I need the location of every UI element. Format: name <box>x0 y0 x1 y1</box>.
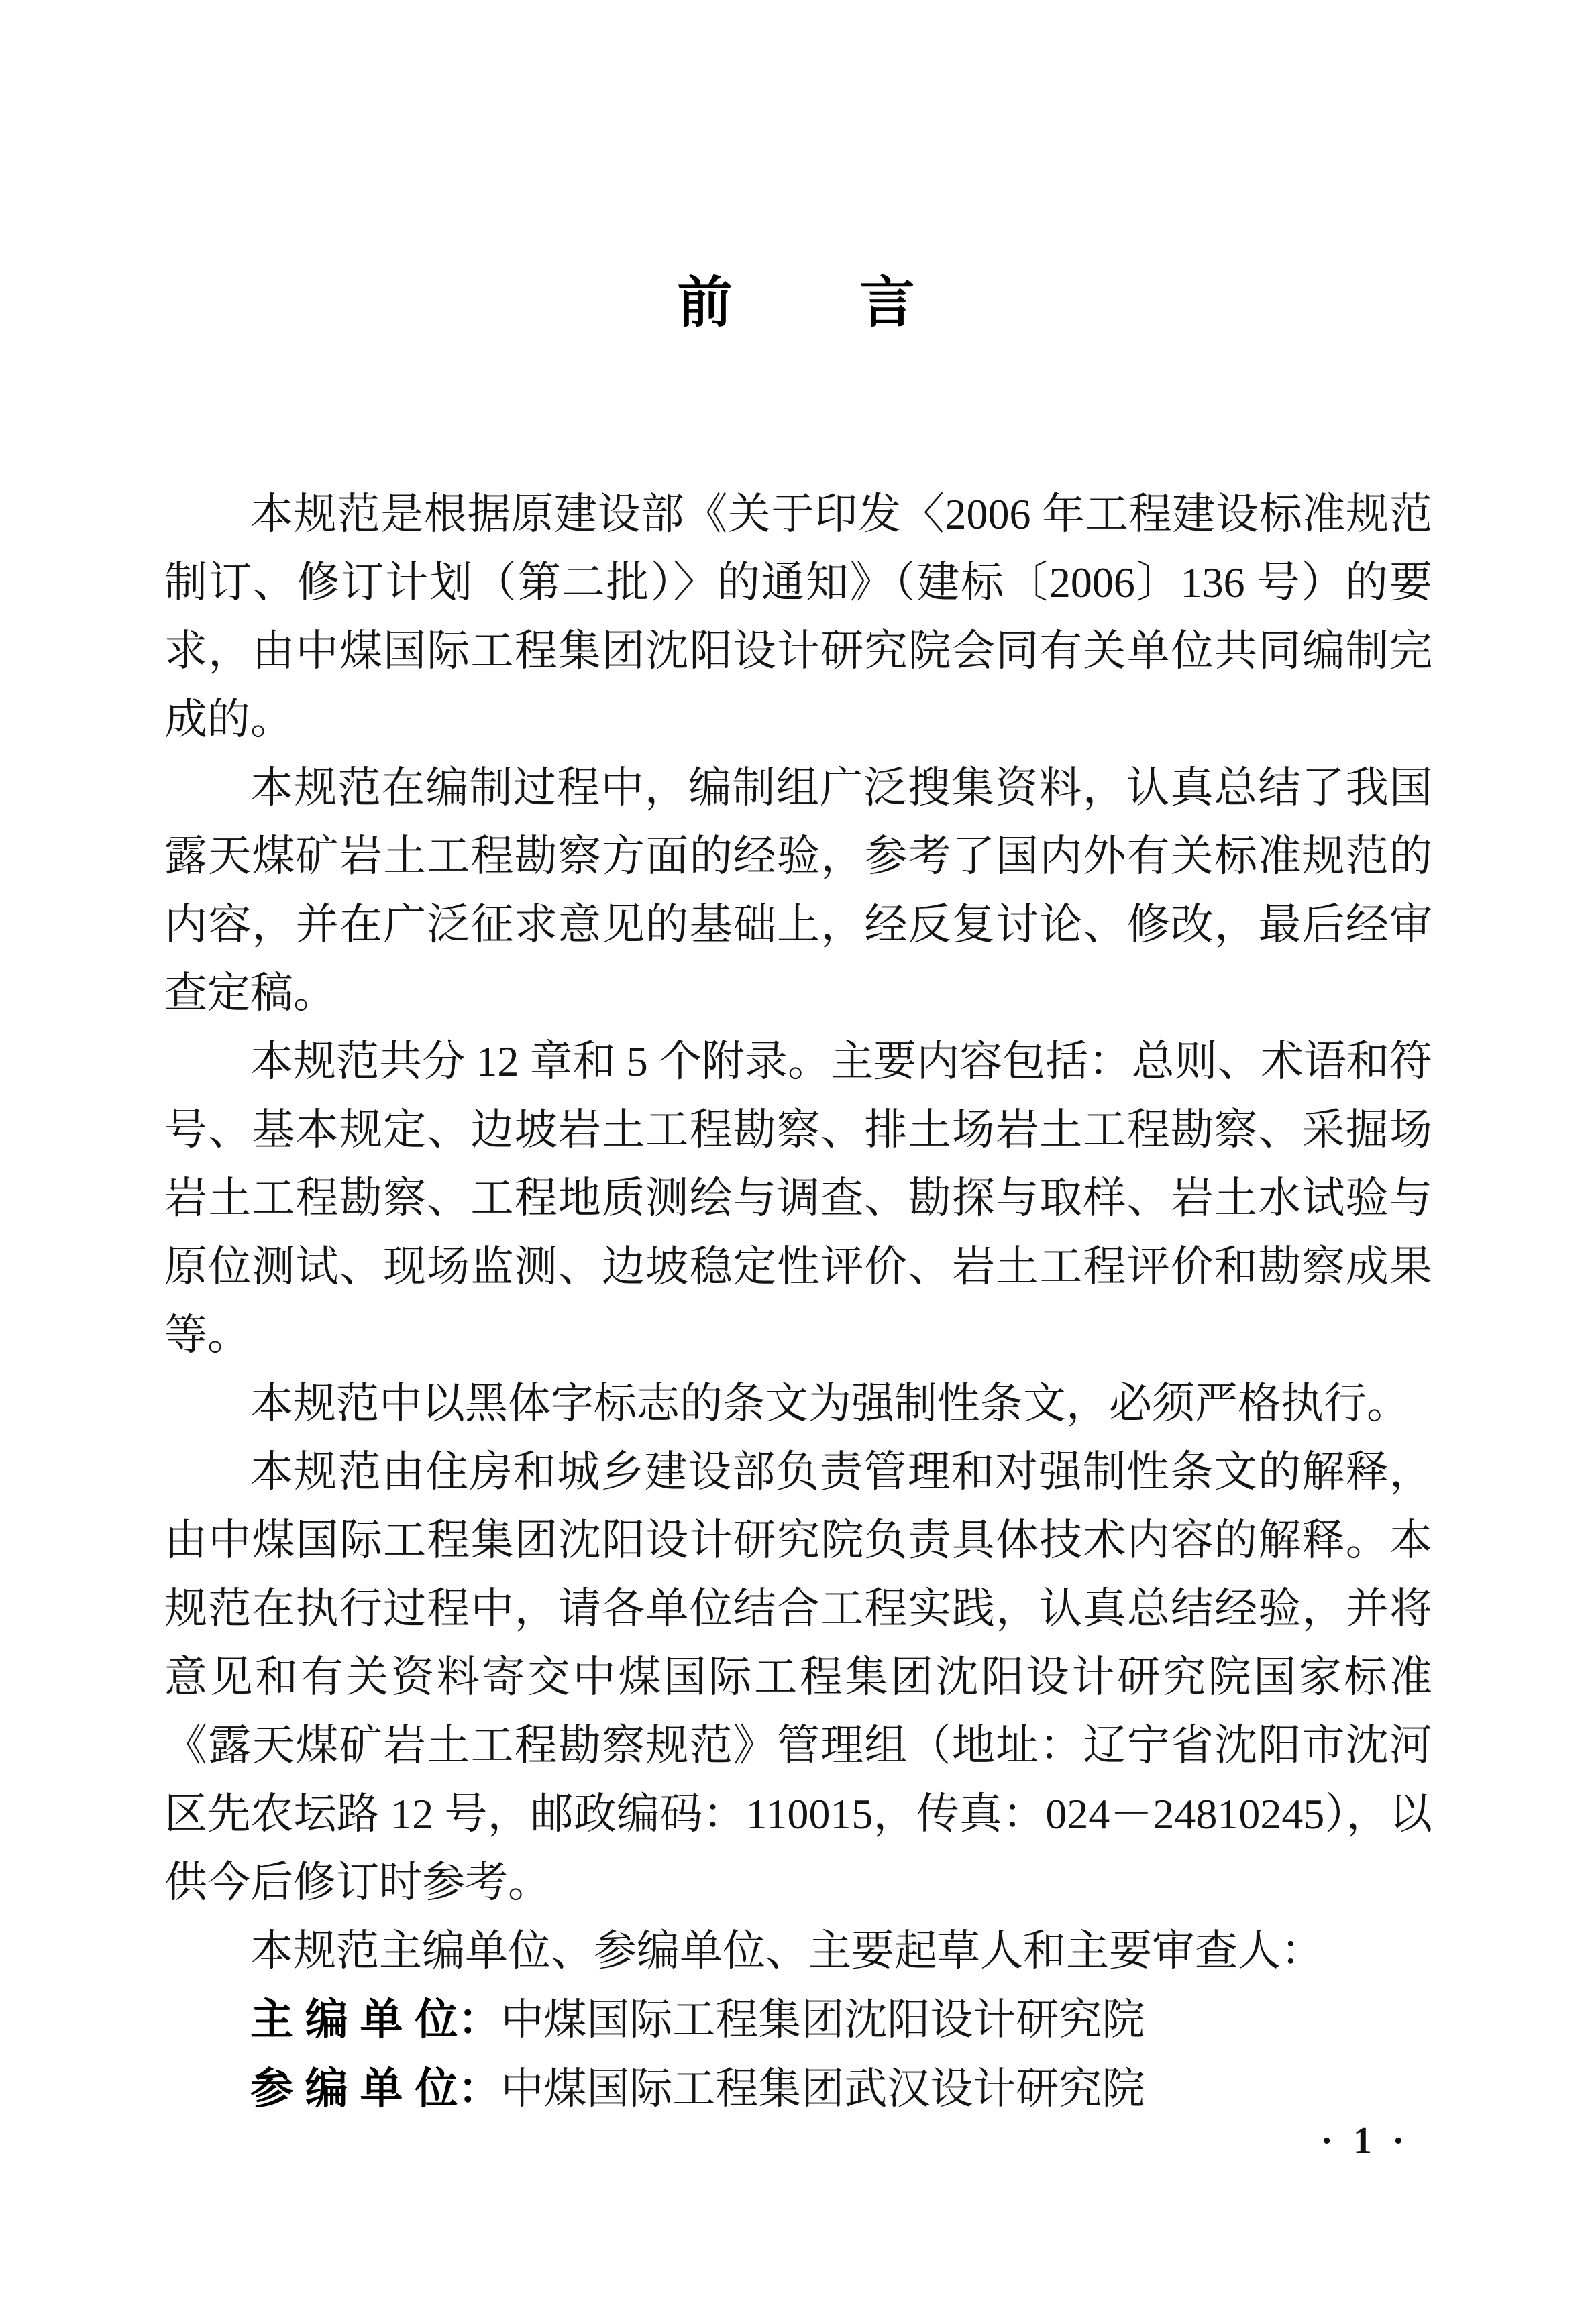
foreword-paragraph-1: 本规范是根据原建设部《关于印发〈2006 年工程建设标准规范制订、修订计划（第二… <box>164 480 1432 754</box>
foreword-paragraph-6: 本规范主编单位、参编单位、主要起草人和主要审查人： <box>164 1917 1432 1985</box>
chief-editor-unit-line: 主 编 单 位：中煤国际工程集团沈阳设计研究院 <box>164 1985 1432 2054</box>
title-char-yan: 言 <box>860 275 915 331</box>
foreword-paragraph-3: 本规范共分 12 章和 5 个附录。主要内容包括：总则、术语和符号、基本规定、边… <box>164 1028 1432 1370</box>
foreword-paragraph-2: 本规范在编制过程中，编制组广泛搜集资料，认真总结了我国露天煤矿岩土工程勘察方面的… <box>164 754 1432 1028</box>
title-char-qian: 前 <box>677 275 732 331</box>
chief-editor-unit-value: 中煤国际工程集团沈阳设计研究院 <box>500 1996 1145 2044</box>
participating-unit-label: 参 编 单 位： <box>250 2064 500 2113</box>
document-page: 前 言 本规范是根据原建设部《关于印发〈2006 年工程建设标准规范制订、修订计… <box>0 0 1592 2324</box>
document-body: 本规范是根据原建设部《关于印发〈2006 年工程建设标准规范制订、修订计划（第二… <box>0 480 1592 2123</box>
foreword-paragraph-4: 本规范中以黑体字标志的条文为强制性条文，必须严格执行。 <box>164 1370 1432 1438</box>
participating-unit-line: 参 编 单 位：中煤国际工程集团武汉设计研究院 <box>164 2054 1432 2123</box>
chief-editor-unit-label: 主 编 单 位： <box>250 1995 500 2044</box>
page-number: · 1 · <box>1291 2119 1439 2162</box>
page-title: 前 言 <box>0 0 1592 331</box>
participating-unit-value: 中煤国际工程集团武汉设计研究院 <box>500 2065 1145 2113</box>
foreword-paragraph-5: 本规范由住房和城乡建设部负责管理和对强制性条文的解释，由中煤国际工程集团沈阳设计… <box>164 1438 1432 1917</box>
